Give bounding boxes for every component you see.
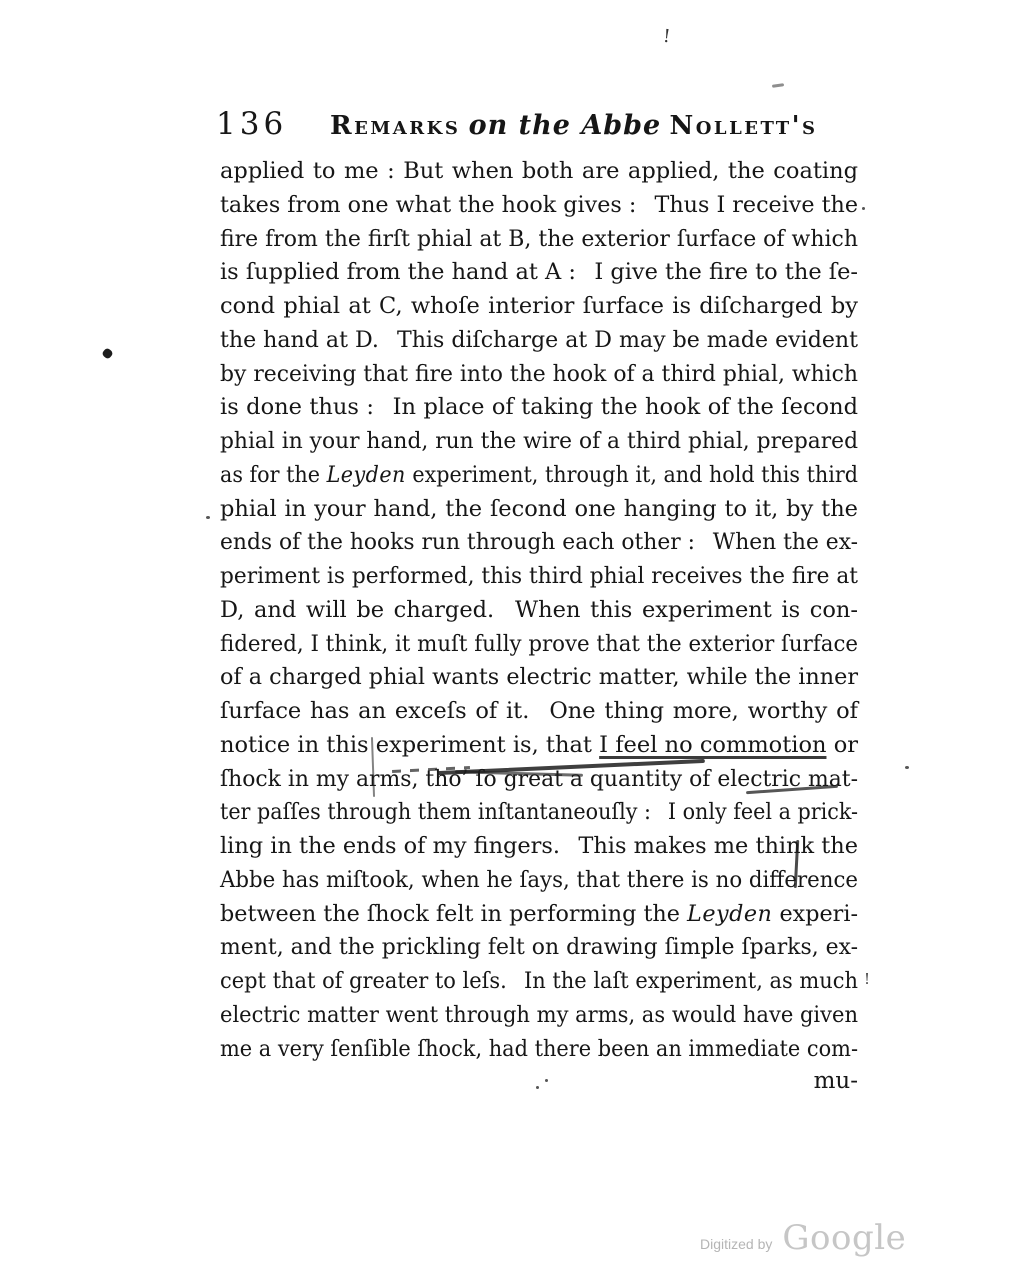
text-line: cept that of greater to leſs. In the laſ… <box>220 965 858 999</box>
running-header: Remarks on the Abbe Nollett's <box>330 110 818 141</box>
digitization-watermark: Digitized by Google <box>700 1218 906 1258</box>
text-line: phial in your hand, the ſecond one hangi… <box>220 493 858 527</box>
catchword: mu- <box>220 1068 858 1094</box>
ink-dot-1 <box>905 766 909 769</box>
text-line: ter paſſes through them inſtantaneouſly … <box>220 796 858 830</box>
header-name: Nollett's <box>669 111 817 141</box>
text-line: ment, and the prickling felt on drawing … <box>220 931 858 965</box>
text-line: is done thus : In place of taking the ho… <box>220 391 858 425</box>
scanned-book-page: 136 Remarks on the Abbe Nollett's applie… <box>0 0 1014 1282</box>
header-remarks: Remarks <box>330 111 460 141</box>
text-line: fire from the firſt phial at B, the exte… <box>220 223 858 257</box>
text-line: me a very ſenſible ſhock, had there been… <box>220 1033 858 1067</box>
text-line: fidered, I think, it muſt fully prove th… <box>220 628 858 662</box>
text-line: as for the Leyden experiment, through it… <box>220 459 858 493</box>
text-line: ends of the hooks run through each other… <box>220 526 858 560</box>
text-line: of a charged phial wants electric matter… <box>220 661 858 695</box>
ink-dot-4 <box>545 1079 548 1082</box>
text-line: phial in your hand, run the wire of a th… <box>220 425 858 459</box>
text-line: cond phial at C, whoſe interior ſurface … <box>220 290 858 324</box>
page-number: 136 <box>216 106 287 142</box>
text-line: by receiving that fire into the hook of … <box>220 358 858 392</box>
ink-dot-5 <box>206 516 210 519</box>
ink-speck-exclamation-top: ! <box>662 28 671 47</box>
text-line: ſurface has an exceſs of it. One thing m… <box>220 695 858 729</box>
body-text-block: applied to me : But when both are applie… <box>220 155 858 1066</box>
text-line: between the ſhock felt in performing the… <box>220 898 858 932</box>
text-line: takes from one what the hook gives : Thu… <box>220 189 858 223</box>
watermark-prefix: Digitized by <box>700 1236 772 1252</box>
google-logo: Google <box>782 1218 906 1258</box>
text-line: ling in the ends of my fingers. This mak… <box>220 830 858 864</box>
text-line: electric matter went through my arms, as… <box>220 999 858 1033</box>
ink-speck-right-margin: ! <box>864 972 870 987</box>
header-middle: on the Abbe <box>469 110 662 141</box>
ink-speck-dash-top <box>772 83 784 87</box>
text-line: the hand at D. This diſcharge at D may b… <box>220 324 858 358</box>
text-line: D, and will be charged. When this experi… <box>220 594 858 628</box>
text-line: periment is performed, this third phial … <box>220 560 858 594</box>
ink-speck-left-margin <box>101 347 114 360</box>
ink-dot-3 <box>536 1086 539 1089</box>
ink-dot-2 <box>862 207 865 210</box>
text-line: Abbe has miſtook, when he ſays, that the… <box>220 864 858 898</box>
text-line: notice in this experiment is, that I fee… <box>220 729 858 763</box>
text-line: applied to me : But when both are applie… <box>220 155 858 189</box>
text-line: is ſupplied from the hand at A : I give … <box>220 256 858 290</box>
